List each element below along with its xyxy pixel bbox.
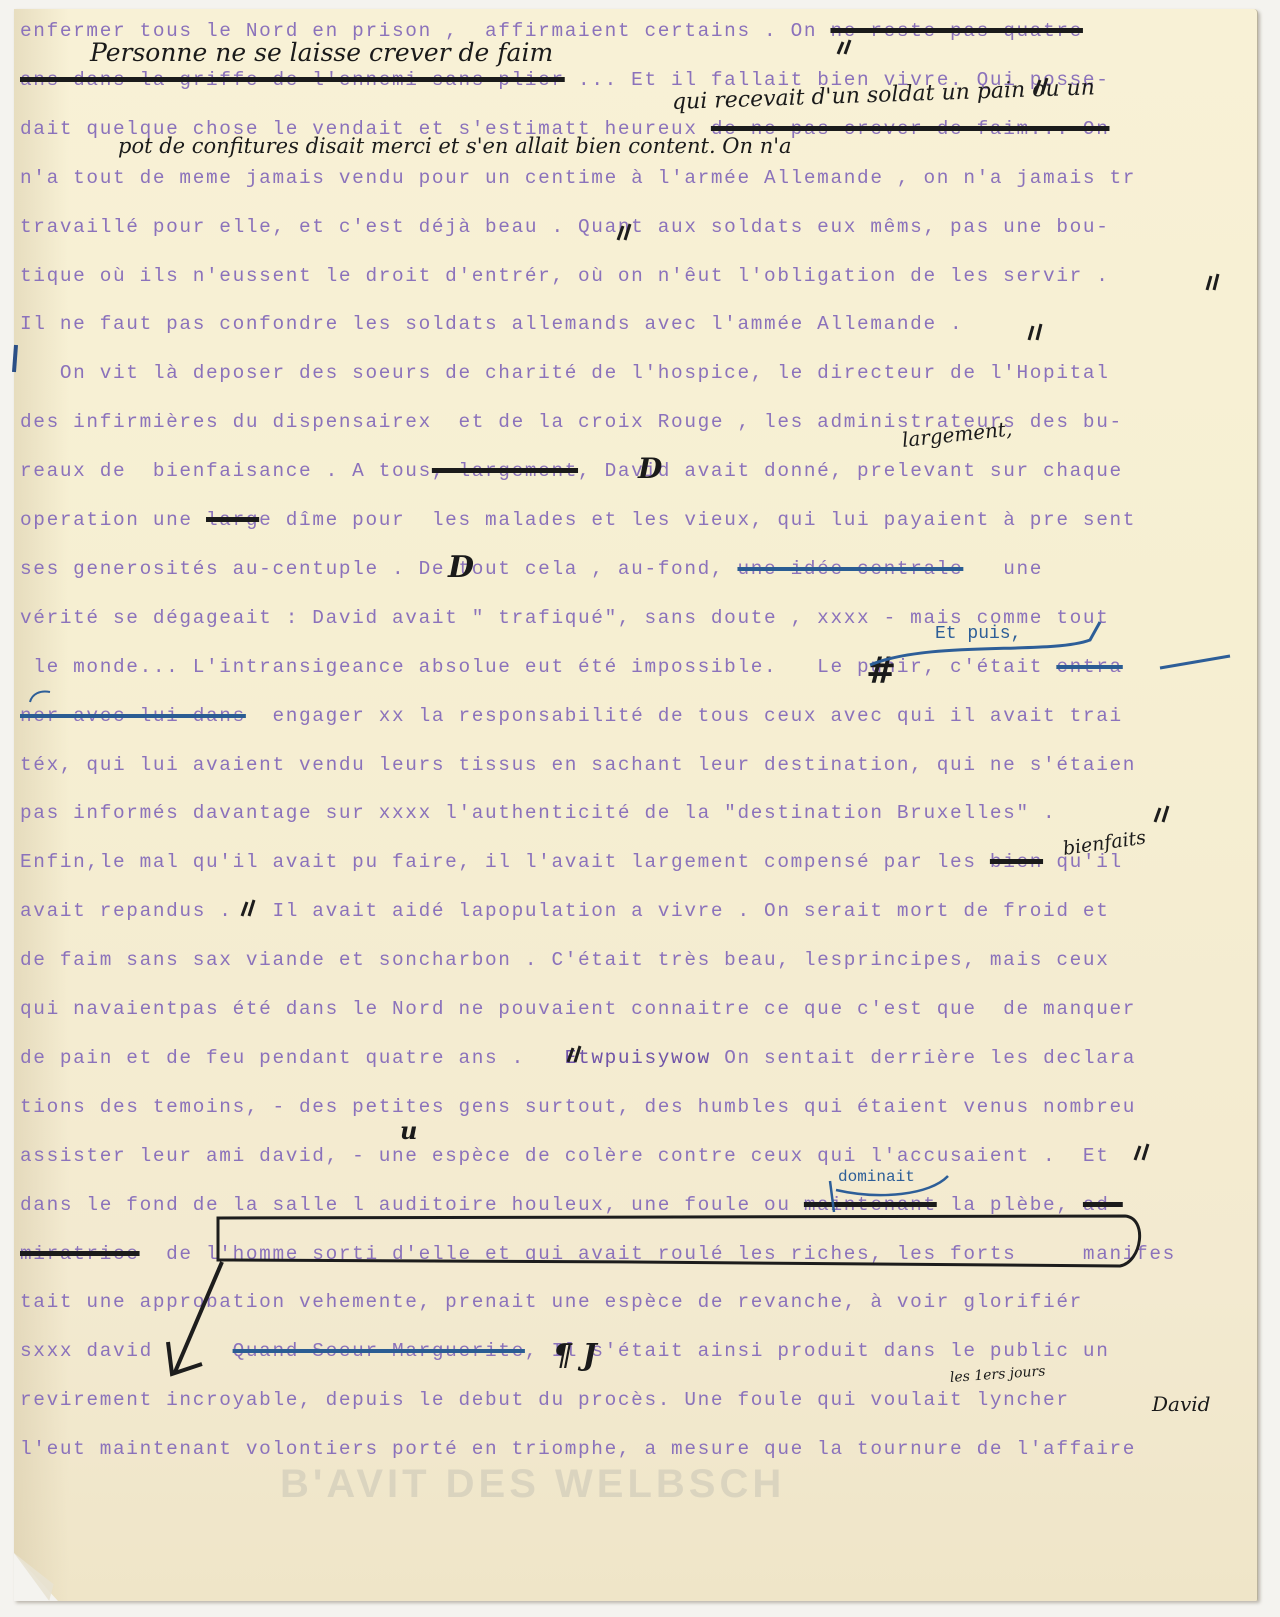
handwritten-insert: Personne ne se laisse crever de faim — [90, 38, 553, 67]
typed-text: avait repandus . Il avait aidé lapopulat… — [20, 900, 1109, 922]
typed-text: revirement incroyable, depuis le debut d… — [20, 1389, 1070, 1411]
typed-line: ner avec lui dans engager xx la responsa… — [20, 705, 1123, 727]
handwritten-capital-d: D — [448, 550, 474, 585]
typed-line: operation une large dîme pour les malade… — [20, 509, 1136, 531]
handwritten-insert: Et puis, — [935, 624, 1021, 644]
typed-text: travaillé pour elle, et c'est déjà beau … — [20, 216, 1109, 238]
typed-text: Il ne faut pas confondre les soldats all… — [20, 313, 963, 335]
handwritten-insert: dominait — [838, 1168, 915, 1186]
typed-line: ses generosités au-centuple . De tout ce… — [20, 558, 1043, 580]
typed-line: de faim sans sax viande et soncharbon . … — [20, 949, 1109, 971]
typed-line: Enfin,le mal qu'il avait pu faire, il l'… — [20, 851, 1123, 873]
typed-line: assister leur ami david, - une espèce de… — [20, 1145, 1109, 1167]
typed-line: n'a tout de meme jamais vendu pour un ce… — [20, 167, 1136, 189]
typed-line: téx, qui lui avaient vendu leurs tissus … — [20, 754, 1136, 776]
struck-text: miratrice — [20, 1243, 140, 1265]
typed-text: e dîme pour les malades et les vieux, qu… — [259, 509, 1136, 531]
typed-text: sxxx david — [20, 1340, 233, 1362]
typed-text: la plèbe, — [937, 1194, 1083, 1216]
struck-text: une idée centrale — [737, 558, 963, 580]
handwritten-capital-d: D — [638, 452, 662, 485]
faded-stamp: B'AVIT DES WELBSCH — [280, 1462, 785, 1507]
typed-line: tait une approbation vehemente, prenait … — [20, 1291, 1083, 1313]
typed-text: engager xx la responsabilité de tous ceu… — [246, 705, 1123, 727]
handwritten-insert: David — [1152, 1392, 1210, 1416]
typed-text: operation une — [20, 509, 206, 531]
struck-text: ner avec lui dans — [20, 705, 246, 727]
struck-text: larg — [206, 509, 259, 531]
typed-text: tique où ils n'eussent le droit d'entrér… — [20, 265, 1109, 287]
struck-text: entra — [1056, 656, 1122, 678]
typed-line: revirement incroyable, depuis le debut d… — [20, 1389, 1070, 1411]
typed-text: dans le fond de la salle l auditoire hou… — [20, 1194, 804, 1216]
struck-text: ad- — [1083, 1194, 1123, 1216]
typed-text: On sentait derrière les declara — [711, 1047, 1136, 1069]
typed-line: reaux de bienfaisance . A tous, largemen… — [20, 460, 1123, 482]
typed-text: de pain et de feu pendant quatre ans . — [20, 1047, 565, 1069]
typed-line: tique où ils n'eussent le droit d'entrér… — [20, 265, 1109, 287]
typed-text: On — [777, 20, 830, 42]
paragraph-mark: # — [866, 650, 896, 692]
typed-line: tions des temoins, - des petites gens su… — [20, 1096, 1136, 1118]
struck-text: bien — [990, 851, 1043, 873]
typed-text: ses generosités au-centuple . De tout ce… — [20, 558, 737, 580]
struck-text: ne reste pas quatre — [830, 20, 1082, 42]
typed-text: On vit là deposer des soeurs de charité … — [20, 362, 1109, 384]
typed-line: dans le fond de la salle l auditoire hou… — [20, 1194, 1123, 1216]
typed-text: une — [963, 558, 1043, 580]
handwritten-letter-u: u — [400, 1116, 417, 1145]
typed-text: pas informés davantage sur xxxx l'authen… — [20, 802, 1056, 824]
typed-line: avait repandus . Il avait aidé lapopulat… — [20, 900, 1109, 922]
typed-text: l'eut maintenant volontiers porté en tri… — [20, 1438, 1136, 1460]
typed-text: assister leur ami david, - une espèce de… — [20, 1145, 1109, 1167]
typed-text: , Il s'était ainsi produit dans le publi… — [525, 1340, 1110, 1362]
typed-text: tions des temoins, - des petites gens su… — [20, 1096, 1136, 1118]
typed-line: de pain et de feu pendant quatre ans . E… — [20, 1047, 1136, 1069]
struck-text: Quand Soeur Marguerite — [233, 1340, 525, 1362]
typed-text: tait une approbation vehemente, prenait … — [20, 1291, 1083, 1313]
handwritten-insert: pot de confitures disait merci et s'en a… — [118, 134, 792, 158]
typed-text: de faim sans sax viande et soncharbon . … — [20, 949, 1109, 971]
typed-text: Enfin,le mal qu'il avait pu faire, il l'… — [20, 851, 990, 873]
typed-line: qui navaientpas été dans le Nord ne pouv… — [20, 998, 1136, 1020]
typed-text: téx, qui lui avaient vendu leurs tissus … — [20, 754, 1136, 776]
paragraph-mark: ¶ J — [553, 1338, 597, 1373]
typed-text: de l'homme sorti d'elle et qui avait rou… — [140, 1243, 1176, 1265]
typed-line: On vit là deposer des soeurs de charité … — [20, 362, 1109, 384]
typed-line: le monde... L'intransigeance absolue eut… — [20, 656, 1123, 678]
struck-text: , largement — [432, 460, 578, 482]
struck-text: maintenant — [804, 1194, 937, 1216]
struck-text: ans dans la griffe de l'ennemi sans plie… — [20, 69, 565, 91]
typed-line: Il ne faut pas confondre les soldats all… — [20, 313, 963, 335]
typed-line: travaillé pour elle, et c'est déjà beau … — [20, 216, 1109, 238]
struck-text: Etwpuisywow — [565, 1047, 711, 1069]
typed-text: le monde... L'intransigeance absolue eut… — [20, 656, 1056, 678]
typed-text: n'a tout de meme jamais vendu pour un ce… — [20, 167, 1136, 189]
typed-text: qui navaientpas été dans le Nord ne pouv… — [20, 998, 1136, 1020]
typed-line: l'eut maintenant volontiers porté en tri… — [20, 1438, 1136, 1460]
typed-line: pas informés davantage sur xxxx l'authen… — [20, 802, 1056, 824]
typed-text: reaux de bienfaisance . A tous — [20, 460, 432, 482]
typed-line: miratrice de l'homme sorti d'elle et qui… — [20, 1243, 1176, 1265]
